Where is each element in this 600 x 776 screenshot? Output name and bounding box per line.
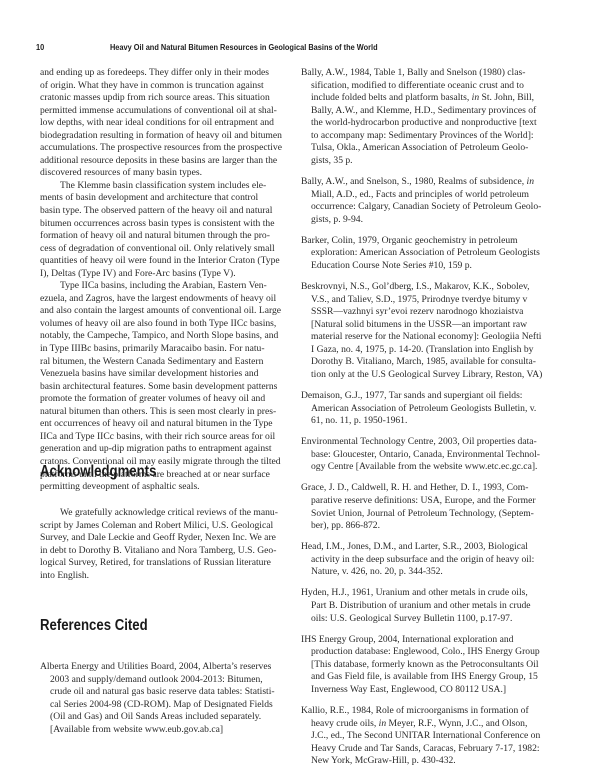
acknowledgments-heading: Acknowledgments (40, 463, 156, 481)
text-line: Demaison, G.J., 1977, Tar sands and supe… (301, 390, 563, 403)
reference-entry: Grace, J. D., Caldwell, R. H. and Hether… (301, 482, 563, 532)
text-line: discovered resources of many basin types… (40, 167, 292, 180)
text-line: script by James Coleman and Robert Milic… (40, 520, 292, 533)
running-title: Heavy Oil and Natural Bitumen Resources … (110, 42, 378, 52)
text-line: ber), pp. 866-872. (301, 520, 563, 533)
text-line: 2003 and supply/demand outlook 2004-2013… (40, 674, 292, 687)
references-heading: References Cited (40, 617, 148, 635)
reference-entry: Environmental Technology Centre, 2003, O… (301, 436, 563, 474)
text-line: ent occurrences of heavy oil and natural… (40, 418, 292, 431)
text-line: volumes of heavy oil are also found in b… (40, 318, 292, 331)
text-line: notably, the Campeche, Tampico, and Nort… (40, 330, 292, 343)
left-column: and ending up as foredeeps. They differ … (40, 67, 292, 494)
body-paragraph-2: The Klemme basin classification system i… (40, 180, 292, 280)
reference-entry: Barker, Colin, 1979, Organic geochemistr… (301, 235, 563, 273)
reference-entry: Head, I.M., Jones, D.M., and Larter, S.R… (301, 541, 563, 579)
page-number: 10 (36, 42, 44, 52)
text-line: bitumen occurrences across basin types i… (40, 218, 292, 231)
text-line: include folded belts and platform basalt… (301, 92, 563, 105)
text-line: 61, no. 11, p. 1950-1961. (301, 415, 563, 428)
text-line: IHS Energy Group, 2004, International ex… (301, 634, 563, 647)
text-line: of origin. What they have in common is t… (40, 80, 292, 93)
text-line: The Klemme basin classification system i… (40, 180, 292, 193)
text-line: basin type. The observed pattern of the … (40, 205, 292, 218)
text-line: SSSR—vazhnyi syr’evoi rezerv narodnogo k… (301, 306, 563, 319)
text-line: permitted immense accumulations of conve… (40, 105, 292, 118)
text-line: material reserve for the National econom… (301, 331, 563, 344)
text-line: Bally, A.W., 1984, Table 1, Bally and Sn… (301, 67, 563, 80)
text-line: oils: U.S. Geological Survey Bulletin 11… (301, 613, 563, 626)
text-line: Beskrovnyi, N.S., Gol’dberg, I.S., Makar… (301, 281, 563, 294)
text-line: low depths, with near ideal conditions f… (40, 117, 292, 130)
body-paragraph-1: and ending up as foredeeps. They differ … (40, 67, 292, 180)
text-line: tion only at the U.S Geological Survey L… (301, 369, 563, 382)
reference-entry: IHS Energy Group, 2004, International ex… (301, 634, 563, 697)
text-line: Alberta Energy and Utilities Board, 2004… (40, 661, 292, 674)
reference-entry: Alberta Energy and Utilities Board, 2004… (40, 661, 292, 736)
text-line: accumulations. The prospective resources… (40, 142, 292, 155)
text-line: gists, p. 9-94. (301, 214, 563, 227)
text-line: I), Deltas (Type IV) and Fore-Arc basins… (40, 268, 292, 281)
text-line: and Gas Field file, is available from IH… (301, 671, 563, 684)
text-line: [Available from website www.eub.gov.ab.c… (40, 724, 292, 737)
text-line: production database: Englewood, Colo., I… (301, 646, 563, 659)
document-page: 10 Heavy Oil and Natural Bitumen Resourc… (0, 0, 600, 776)
text-line: into English. (40, 570, 292, 583)
text-line: We gratefully acknowledge critical revie… (40, 507, 292, 520)
right-column-references: Bally, A.W., 1984, Table 1, Bally and Sn… (301, 67, 563, 776)
text-line: ral bitumen, the Western Canada Sediment… (40, 356, 292, 369)
text-line: the world-hydrocarbon productive and non… (301, 117, 563, 130)
text-line: I Gaza, no. 4, 1975, p. 14-20. (Translat… (301, 344, 563, 357)
text-line: additional resource deposits in these ba… (40, 155, 292, 168)
text-line: Barker, Colin, 1979, Organic geochemistr… (301, 235, 563, 248)
text-line: heavy crude oils, in Meyer, R.F., Wynn, … (301, 718, 563, 731)
reference-entry: Demaison, G.J., 1977, Tar sands and supe… (301, 390, 563, 428)
text-line: exploration: American Association of Pet… (301, 247, 563, 260)
text-line: parative reserve definitions: USA, Europ… (301, 495, 563, 508)
text-line: basin architectural features. Some basin… (40, 381, 292, 394)
text-line: Education Course Note Series #10, 159 p. (301, 260, 563, 273)
text-line: generation and up-dip migration paths to… (40, 443, 292, 456)
text-line: Bally, A.W., and Klemme, H.D., Sedimenta… (301, 105, 563, 118)
text-line: occurrence: Calgary, Canadian Society of… (301, 201, 563, 214)
text-line: Kallio, R.E., 1984, Role of microorganis… (301, 705, 563, 718)
text-line: cal Series 2004-98 (CD-ROM). Map of Desi… (40, 699, 292, 712)
text-line: cess of degradation of conventional oil.… (40, 243, 292, 256)
text-line: Type IICa basins, including the Arabian,… (40, 280, 292, 293)
text-line: biodegradation resulting in formation of… (40, 130, 292, 143)
text-line: Venezuela basins have similar developmen… (40, 368, 292, 381)
text-line: ments of basin development and architect… (40, 192, 292, 205)
text-line: American Association of Petroleum Geolog… (301, 403, 563, 416)
text-line: [Natural solid bitumens in the USSR—an i… (301, 319, 563, 332)
text-line: Tulsa, Okla., American Association of Pe… (301, 142, 563, 155)
text-line: and ending up as foredeeps. They differ … (40, 67, 292, 80)
text-line: gists, 35 p. (301, 155, 563, 168)
text-line: J.C., ed., The Second UNITAR Internation… (301, 730, 563, 743)
running-header: 10 Heavy Oil and Natural Bitumen Resourc… (36, 42, 500, 56)
text-line: Head, I.M., Jones, D.M., and Larter, S.R… (301, 541, 563, 554)
text-line: quantities of heavy oil were found in th… (40, 255, 292, 268)
text-line: Dorothy B. Vitaliano, March, 1985, avail… (301, 356, 563, 369)
text-line: activity in the deep subsurface and the … (301, 554, 563, 567)
text-line: Soviet Union, Journal of Petroleum Techn… (301, 508, 563, 521)
text-line: natural bitumen than others. This is see… (40, 406, 292, 419)
reference-entry: Hyden, H.J., 1961, Uranium and other met… (301, 587, 563, 625)
text-line: in Type IIIBc basins, primarily Maracaib… (40, 343, 292, 356)
text-line: cratonic masses updip from rich source a… (40, 92, 292, 105)
text-line: Miall, A.D., ed., Facts and principles o… (301, 189, 563, 202)
text-line: crude oil and natural gas basic reserve … (40, 686, 292, 699)
reference-entry: Bally, A.W., and Snelson, S., 1980, Real… (301, 176, 563, 226)
text-line: to accompany map: Sedimentary Provinces … (301, 130, 563, 143)
reference-entry: Beskrovnyi, N.S., Gol’dberg, I.S., Makar… (301, 281, 563, 381)
text-line: IICa and Type IICc basins, with their ri… (40, 431, 292, 444)
text-line: Inverness Way East, Englewood, CO 80112 … (301, 684, 563, 697)
reference-entry: Bally, A.W., 1984, Table 1, Bally and Sn… (301, 67, 563, 167)
text-line: (Oil and Gas) and Oil Sands Areas includ… (40, 711, 292, 724)
text-line: formation of heavy oil and natural bitum… (40, 230, 292, 243)
reference-entry: Kallio, R.E., 1984, Role of microorganis… (301, 705, 563, 768)
text-line: promote the formation of greater volumes… (40, 393, 292, 406)
text-line: permitting deveopment of asphaltic seals… (40, 481, 292, 494)
body-paragraph-3: Type IICa basins, including the Arabian,… (40, 280, 292, 493)
text-line: logical Survey, Retired, for translation… (40, 557, 292, 570)
text-line: New York, McGraw-Hill, p. 430-432. (301, 755, 563, 768)
text-line: Bally, A.W., and Snelson, S., 1980, Real… (301, 176, 563, 189)
text-line: Nature, v. 426, no. 20, p. 344-352. (301, 566, 563, 579)
text-line: sification, modified to differentiate oc… (301, 80, 563, 93)
text-line: and also contain the largest amounts of … (40, 305, 292, 318)
text-line: in debt to Dorothy B. Vitaliano and Nora… (40, 545, 292, 558)
text-line: [This database, formerly known as the Pe… (301, 659, 563, 672)
text-line: Grace, J. D., Caldwell, R. H. and Hether… (301, 482, 563, 495)
text-line: ogy Centre [Available from the website w… (301, 461, 563, 474)
text-line: V.S., and Taliev, S.D., 1975, Prirodnye … (301, 294, 563, 307)
acknowledgments-body: We gratefully acknowledge critical revie… (40, 507, 292, 582)
text-line: ezuela, and Zagros, have the largest end… (40, 293, 292, 306)
text-line: Heavy Crude and Tar Sands, Caracas, Febr… (301, 743, 563, 756)
text-line: base: Gloucester, Ontario, Canada, Envir… (301, 449, 563, 462)
text-line: Hyden, H.J., 1961, Uranium and other met… (301, 587, 563, 600)
text-line: Part B. Distribution of uranium and othe… (301, 600, 563, 613)
text-line: Environmental Technology Centre, 2003, O… (301, 436, 563, 449)
text-line: Survey, and Dale Leckie and Geoff Ryder,… (40, 532, 292, 545)
